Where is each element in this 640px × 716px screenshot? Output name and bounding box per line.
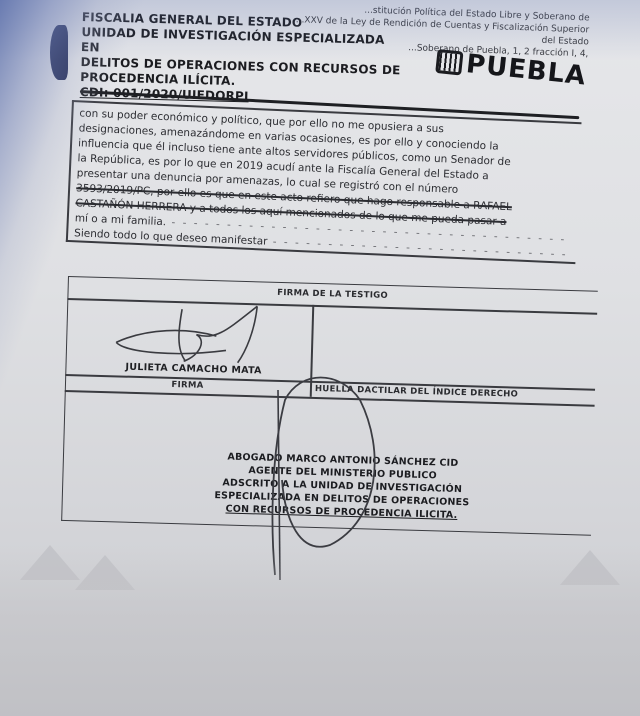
puebla-shield-icon	[435, 49, 463, 76]
witness-signature-table: FIRMA DE LA TESTIGO JULIETA CAMACHO MATA…	[61, 276, 598, 536]
statement-line-text: mí o a mi familia.	[75, 212, 167, 228]
watermark-shape	[560, 550, 620, 585]
statement-box: con su poder económico y político, que p…	[66, 100, 582, 264]
official-block: ABOGADO MARCO ANTONIO SÁNCHEZ CID AGENTE…	[211, 450, 473, 522]
watermark-shape	[75, 555, 135, 590]
document-page: ...stitución Política del Estado Libre y…	[0, 0, 640, 716]
agency-logo-icon	[50, 25, 68, 80]
watermark-shape	[20, 545, 80, 580]
